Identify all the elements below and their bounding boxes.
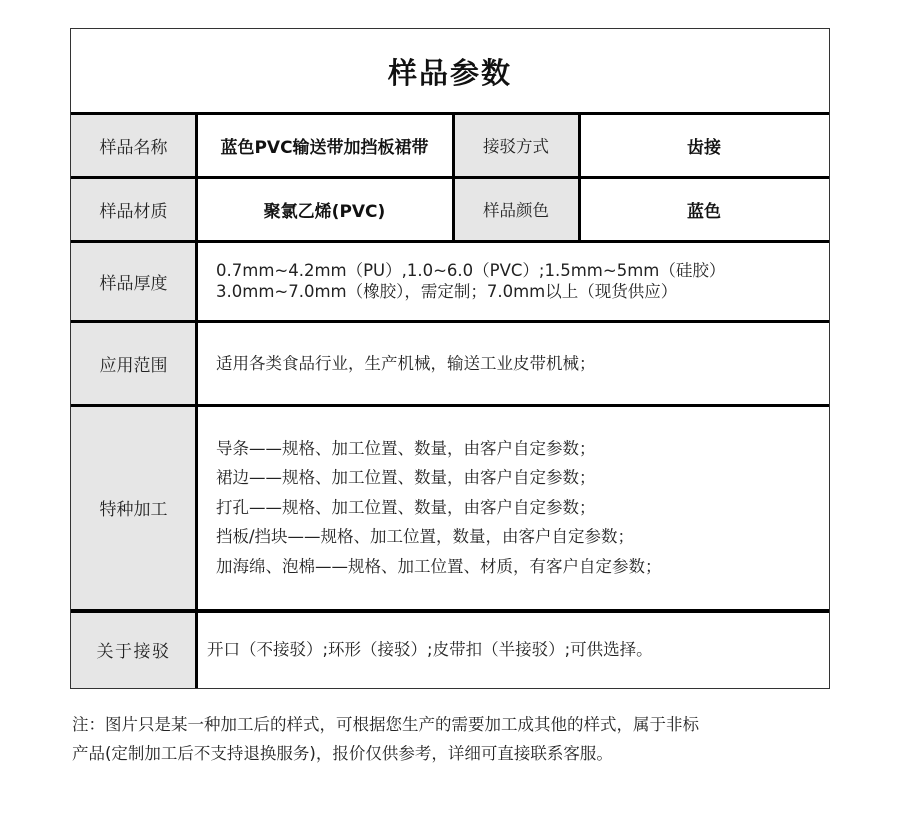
value-sample-material: 聚氯乙烯(PVC) bbox=[196, 177, 453, 241]
thickness-line-2: 3.0mm~7.0mm（橡胶），需定制；7.0mm以上（现货供应） bbox=[216, 281, 677, 302]
divider bbox=[71, 112, 829, 115]
processing-line-5: 加海绵、泡棉——规格、加工位置、材质，有客户自定参数； bbox=[216, 552, 662, 582]
divider bbox=[452, 113, 455, 241]
divider bbox=[578, 113, 581, 241]
value-sample-color: 蓝色 bbox=[579, 177, 829, 241]
thickness-line-1: 0.7mm~4.2mm（PU）,1.0~6.0（PVC）;1.5mm~5mm（硅… bbox=[216, 260, 725, 281]
footnote-line-1: 注：图片只是某一种加工后的样式，可根据您生产的需要加工成其他的样式，属于非标 bbox=[72, 710, 842, 739]
divider bbox=[195, 113, 198, 688]
processing-line-3: 打孔——规格、加工位置、数量，由客户自定参数； bbox=[216, 493, 596, 523]
value-sample-name: 蓝色PVC输送带加挡板裙带 bbox=[196, 113, 453, 177]
sample-parameters-table: 样品参数 样品名称 蓝色PVC输送带加挡板裙带 接驳方式 齿接 样品材质 聚氯乙… bbox=[70, 28, 830, 689]
divider bbox=[71, 176, 829, 179]
value-sample-thickness: 0.7mm~4.2mm（PU）,1.0~6.0（PVC）;1.5mm~5mm（硅… bbox=[196, 241, 829, 321]
divider bbox=[71, 609, 829, 613]
label-sample-material: 样品材质 bbox=[71, 177, 196, 241]
divider bbox=[71, 320, 829, 323]
footnote: 注：图片只是某一种加工后的样式，可根据您生产的需要加工成其他的样式，属于非标 产… bbox=[72, 710, 842, 768]
label-sample-name: 样品名称 bbox=[71, 113, 196, 177]
divider bbox=[71, 240, 829, 243]
label-sample-thickness: 样品厚度 bbox=[71, 241, 196, 321]
divider bbox=[71, 404, 829, 407]
label-about-joint: 关于接驳 bbox=[71, 610, 196, 688]
processing-line-4: 挡板/挡块——规格、加工位置，数量，由客户自定参数； bbox=[216, 522, 634, 552]
table-title: 样品参数 bbox=[71, 29, 829, 113]
processing-line-2: 裙边——规格、加工位置、数量，由客户自定参数； bbox=[216, 463, 596, 493]
value-application-scope: 适用各类食品行业，生产机械，输送工业皮带机械； bbox=[196, 321, 829, 405]
value-about-joint: 开口（不接驳）;环形（接驳）;皮带扣（半接驳）;可供选择。 bbox=[196, 610, 829, 688]
value-special-processing: 导条——规格、加工位置、数量，由客户自定参数； 裙边——规格、加工位置、数量，由… bbox=[196, 405, 829, 610]
processing-line-1: 导条——规格、加工位置、数量，由客户自定参数； bbox=[216, 434, 596, 464]
label-sample-color: 样品颜色 bbox=[453, 177, 579, 241]
label-joint-method: 接驳方式 bbox=[453, 113, 579, 177]
footnote-line-2: 产品(定制加工后不支持退换服务)，报价仅供参考，详细可直接联系客服。 bbox=[72, 739, 842, 768]
label-special-processing: 特种加工 bbox=[71, 405, 196, 610]
label-application-scope: 应用范围 bbox=[71, 321, 196, 405]
value-joint-method: 齿接 bbox=[579, 113, 829, 177]
